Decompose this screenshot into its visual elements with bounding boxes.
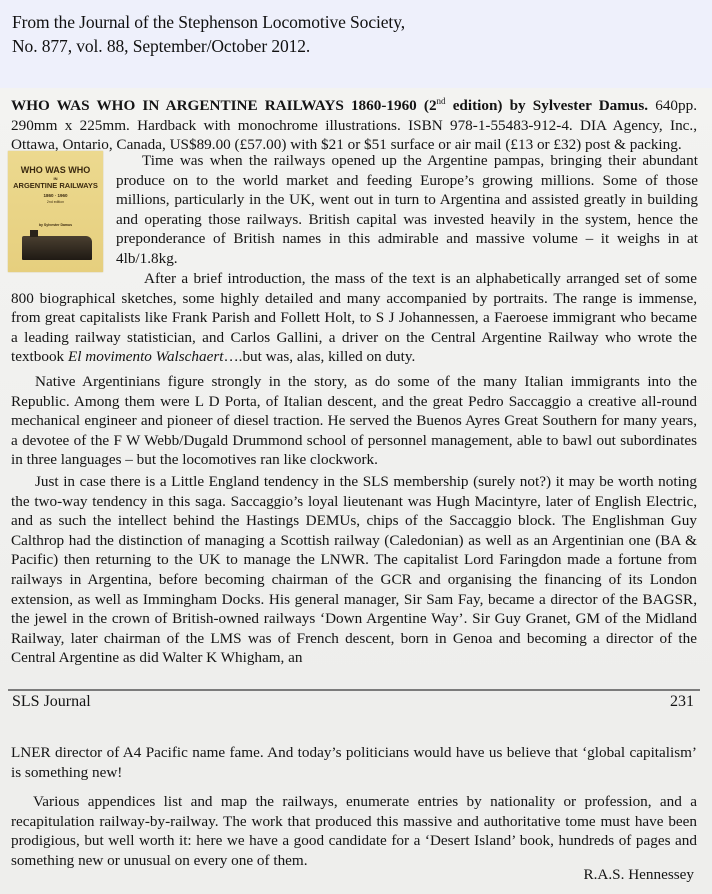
paragraph-1: Time was when the railways opened up the…	[116, 151, 698, 269]
footer-journal-name: SLS Journal	[12, 692, 91, 712]
cover-edition: 2nd edition	[8, 200, 103, 204]
book-author: edition) by Sylvester Damus.	[446, 97, 649, 114]
paragraph-5: LNER director of A4 Pacific name fame. A…	[11, 743, 697, 782]
cover-years: 1860 · 1960	[8, 193, 103, 198]
book-cover-image: WHO WAS WHO IN ARGENTINE RAILWAYS 1860 ·…	[8, 151, 103, 272]
reviewer-signature: R.A.S. Hennessey	[583, 865, 694, 884]
paragraph-2-end: ….but was, alas, killed on duty.	[223, 348, 415, 365]
cover-title-1: WHO WAS WHO	[8, 165, 103, 175]
source-citation-band: From the Journal of the Stephenson Locom…	[0, 0, 712, 88]
locomotive-photo	[22, 236, 92, 260]
footer-page-number: 231	[670, 692, 694, 712]
review-heading: WHO WAS WHO IN ARGENTINE RAILWAYS 1860-1…	[11, 96, 697, 155]
book-title-italic: El movimento Walschaert	[68, 348, 224, 365]
paragraph-2: After a brief introduction, the mass of …	[11, 269, 697, 367]
edition-superscript: nd	[437, 96, 446, 106]
cover-title-2: ARGENTINE RAILWAYS	[8, 181, 103, 190]
book-title: WHO WAS WHO IN ARGENTINE RAILWAYS 1860-1…	[11, 97, 437, 114]
source-line-2: No. 877, vol. 88, September/October 2012…	[12, 36, 310, 56]
paragraph-4: Just in case there is a Little England t…	[11, 472, 697, 668]
footer-rule	[8, 689, 700, 691]
paragraph-6: Various appendices list and map the rail…	[11, 792, 697, 870]
paragraph-3: Native Argentinians figure strongly in t…	[11, 372, 697, 470]
source-line-1: From the Journal of the Stephenson Locom…	[12, 12, 405, 32]
cover-author: by Sylvester Damus	[8, 223, 103, 227]
